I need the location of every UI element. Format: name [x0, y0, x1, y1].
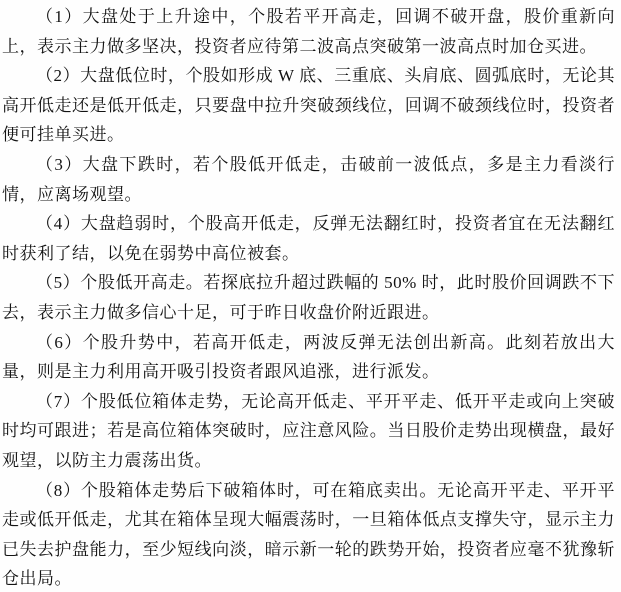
- book-page: （1）大盘处于上升途中，个股若平开高走，回调不破开盘，股价重新向上，表示主力做多…: [0, 0, 621, 592]
- paragraph-3: （3）大盘下跌时，若个股低开低走，击破前一波低点，多是主力看淡行情，应离场观望。: [2, 150, 615, 209]
- paragraph-6: （6）个股升势中，若高开低走，两波反弹无法创出新高。此刻若放出大量，则是主力利用…: [2, 328, 615, 387]
- paragraph-1: （1）大盘处于上升途中，个股若平开高走，回调不破开盘，股价重新向上，表示主力做多…: [2, 2, 615, 61]
- paragraph-7: （7）个股低位箱体走势，无论高开低走、平开平走、低开平走或向上突破时均可跟进；若…: [2, 387, 615, 476]
- paragraph-8: （8）个股箱体走势后下破箱体时，可在箱底卖出。无论高开平走、平开平走或低开低走，…: [2, 476, 615, 592]
- paragraph-5: （5）个股低开高走。若探底拉升超过跌幅的 50% 时，此时股价回调跌不下去，表示…: [2, 268, 615, 327]
- paragraph-4: （4）大盘趋弱时，个股高开低走，反弹无法翻红时，投资者宜在无法翻红时获利了结，以…: [2, 209, 615, 268]
- paragraph-2: （2）大盘低位时，个股如形成 W 底、三重底、头肩底、圆弧底时，无论其高开低走还…: [2, 61, 615, 150]
